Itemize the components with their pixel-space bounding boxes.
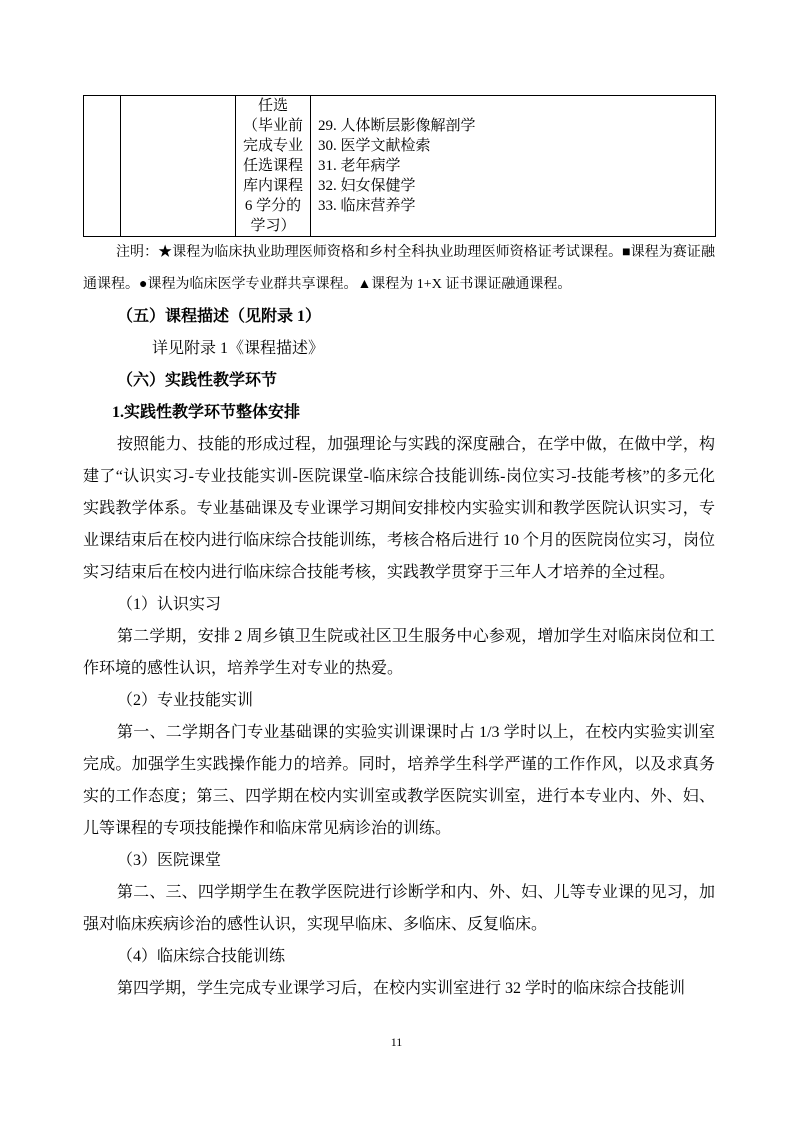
category-line: 6 学分的 (236, 196, 310, 216)
overview-paragraph: 按照能力、技能的形成过程，加强理论与实践的深度融合，在学中做，在做中学，构建了“… (83, 429, 715, 589)
course-item: 31. 老年病学 (311, 156, 715, 176)
page-content: 任选 （毕业前 完成专业 任选课程 库内课程 6 学分的 学习） 29. 人体断… (83, 95, 715, 1005)
category-line: （毕业前 (236, 116, 310, 136)
table-cell-empty-1 (84, 96, 121, 237)
category-line: 任选 (236, 96, 310, 116)
practice-item-title-2: （2）专业技能实训 (83, 685, 715, 717)
section-heading-6: （六）实践性教学环节 (83, 365, 715, 397)
category-line: 库内课程 (236, 176, 310, 196)
practice-item-body-3: 第二、三、四学期学生在教学医院进行诊断学和内、外、妇、儿等专业课的见习，加强对临… (83, 877, 715, 941)
category-line: 学习） (236, 216, 310, 236)
page-number: 11 (0, 1034, 793, 1050)
category-line: 任选课程 (236, 156, 310, 176)
table-cell-empty-2 (121, 96, 236, 237)
course-item: 29. 人体断层影像解剖学 (311, 116, 715, 136)
course-item: 33. 临床营养学 (311, 196, 715, 216)
practice-item-body-2: 第一、二学期各门专业基础课的实验实训课课时占 1/3 学时以上，在校内实验实训室… (83, 717, 715, 845)
practice-item-body-4: 第四学期，学生完成专业课学习后，在校内实训室进行 32 学时的临床综合技能训 (83, 973, 715, 1005)
table-note: 注明：★课程为临床执业助理医师资格和乡村全科执业助理医师资格证考试课程。■课程为… (83, 237, 715, 301)
course-item: 30. 医学文献检索 (311, 136, 715, 156)
practice-item-title-4: （4）临床综合技能训练 (83, 941, 715, 973)
category-line: 完成专业 (236, 136, 310, 156)
section-heading-5: （五）课程描述（见附录 1） (83, 301, 715, 333)
elective-course-table: 任选 （毕业前 完成专业 任选课程 库内课程 6 学分的 学习） 29. 人体断… (83, 95, 716, 237)
practice-item-title-1: （1）认识实习 (83, 589, 715, 621)
subsection-heading-1: 1.实践性教学环节整体安排 (83, 397, 715, 429)
appendix-reference: 详见附录 1《课程描述》 (83, 333, 715, 365)
practice-item-body-1: 第二学期，安排 2 周乡镇卫生院或社区卫生服务中心参观，增加学生对临床岗位和工作… (83, 621, 715, 685)
table-row: 任选 （毕业前 完成专业 任选课程 库内课程 6 学分的 学习） 29. 人体断… (84, 96, 716, 237)
document-page: 任选 （毕业前 完成专业 任选课程 库内课程 6 学分的 学习） 29. 人体断… (0, 0, 793, 1122)
table-cell-course-list: 29. 人体断层影像解剖学 30. 医学文献检索 31. 老年病学 32. 妇女… (311, 96, 716, 237)
practice-item-title-3: （3）医院课堂 (83, 845, 715, 877)
table-cell-category: 任选 （毕业前 完成专业 任选课程 库内课程 6 学分的 学习） (236, 96, 311, 237)
course-item: 32. 妇女保健学 (311, 176, 715, 196)
